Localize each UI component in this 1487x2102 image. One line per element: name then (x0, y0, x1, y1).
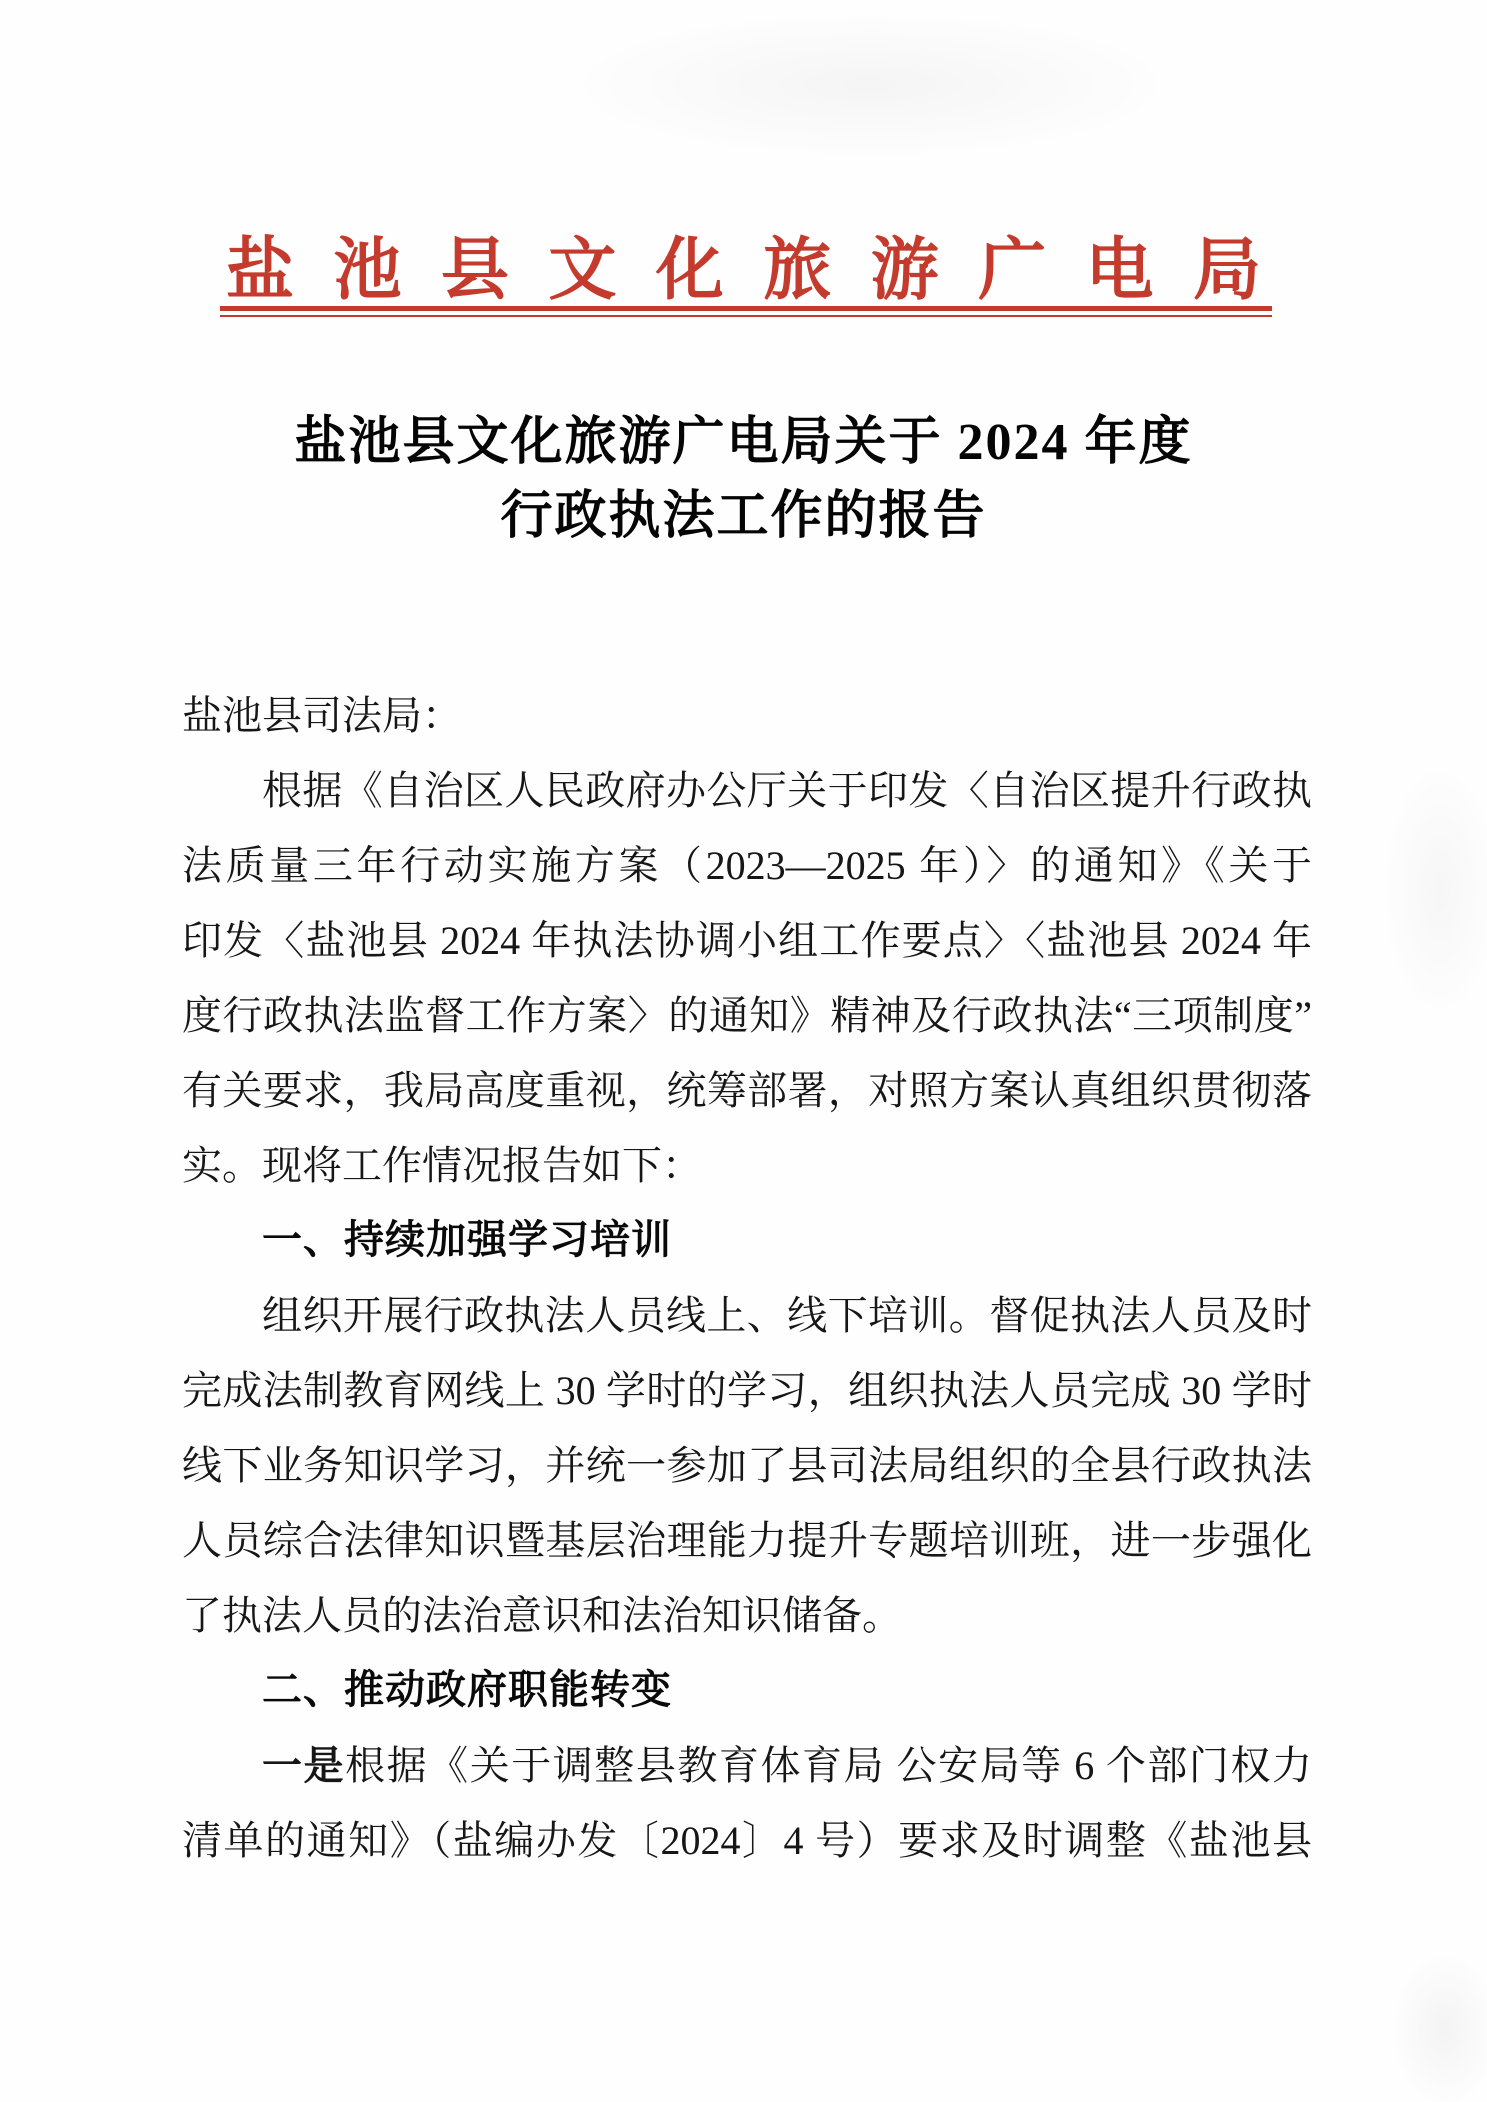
letterhead-org-name: 盐池县文化旅游广电局 (0, 234, 1487, 306)
body-line-5: 有关要求，我局高度重视，统筹部署，对照方案认真组织贯彻落 (182, 1053, 1312, 1128)
salutation: 盐池县司法局： (182, 678, 1312, 753)
section-heading-1: 一、持续加强学习培训 (182, 1203, 1312, 1278)
letterhead-divider-rule (220, 306, 1272, 317)
body-line-12: 了执法人员的法治意识和法治知识储备。 (182, 1578, 1312, 1653)
body-line-4: 度行政执法监督工作方案〉的通知》精神及行政执法“三项制度” (182, 978, 1312, 1053)
body-line-2: 法质量三年行动实施方案（2023—2025 年）〉的通知》《关于 (182, 828, 1312, 903)
body-line-11: 人员综合法律知识暨基层治理能力提升专题培训班，进一步强化 (182, 1503, 1312, 1578)
document-title-line1: 盐池县文化旅游广电局关于 2024 年度 (0, 406, 1487, 480)
scan-artifact (1380, 760, 1487, 1020)
document-title: 盐池县文化旅游广电局关于 2024 年度 行政执法工作的报告 (0, 406, 1487, 554)
body-line-14: 一是根据《关于调整县教育体育局 公安局等 6 个部门权力 (182, 1728, 1312, 1803)
body-line-3: 印发〈盐池县 2024 年执法协调小组工作要点〉〈盐池县 2024 年 (182, 903, 1312, 978)
document-body: 盐池县司法局： 根据《自治区人民政府办公厅关于印发〈自治区提升行政执 法质量三年… (182, 678, 1312, 1878)
scan-artifact (560, 10, 1180, 160)
body-line-10: 线下业务知识学习，并统一参加了县司法局组织的全县行政执法 (182, 1428, 1312, 1503)
lead-phrase: 一是 (262, 1744, 345, 1788)
body-line-9: 完成法制教育网线上 30 学时的学习，组织执法人员完成 30 学时 (182, 1353, 1312, 1428)
scan-artifact (1390, 1950, 1487, 2102)
section-heading-2: 二、推动政府职能转变 (182, 1653, 1312, 1728)
body-line-14-rest: 根据《关于调整县教育体育局 公安局等 6 个部门权力 (345, 1743, 1312, 1788)
body-line-6: 实。现将工作情况报告如下： (182, 1128, 1312, 1203)
document-title-line2: 行政执法工作的报告 (0, 480, 1487, 554)
body-line-1: 根据《自治区人民政府办公厅关于印发〈自治区提升行政执 (182, 753, 1312, 828)
document-page: 盐池县文化旅游广电局 盐池县文化旅游广电局关于 2024 年度 行政执法工作的报… (0, 0, 1487, 2102)
body-line-8: 组织开展行政执法人员线上、线下培训。督促执法人员及时 (182, 1278, 1312, 1353)
body-line-15: 清单的通知》（盐编办发〔2024〕4 号）要求及时调整《盐池县 (182, 1803, 1312, 1878)
